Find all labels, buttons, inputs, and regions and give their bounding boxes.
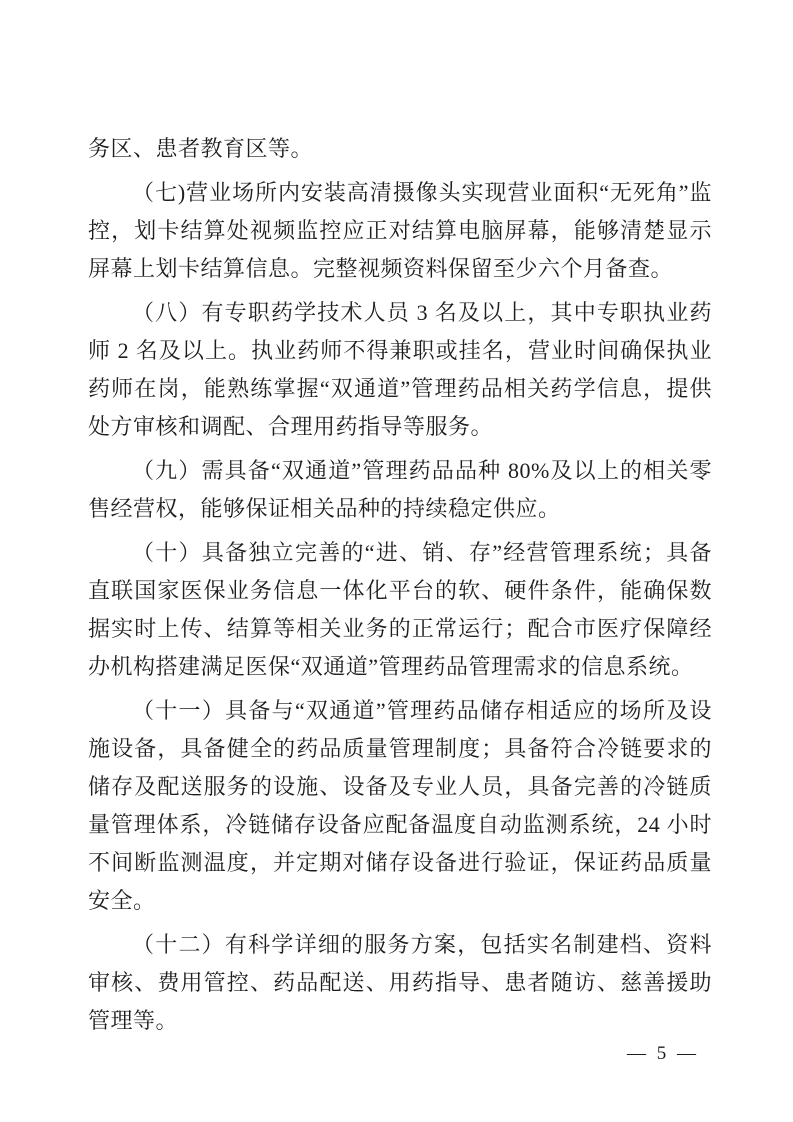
document-page: 务区、患者教育区等。（七)营业场所内安装高清摄像头实现营业面积“无死角”监控，划… (0, 0, 793, 1122)
paragraph: （七)营业场所内安装高清摄像头实现营业面积“无死角”监控，划卡结算处视频监控应正… (88, 174, 712, 288)
document-body: 务区、患者教育区等。（七)营业场所内安装高清摄像头实现营业面积“无死角”监控，划… (88, 130, 712, 1046)
paragraph: 务区、患者教育区等。 (88, 130, 712, 168)
page-number: — 5 — (627, 1042, 699, 1066)
paragraph: （十）具备独立完善的“进、销、存”经营管理系统；具备直联国家医保业务信息一体化平… (88, 534, 712, 686)
paragraph: （九）需具备“双通道”管理药品品种 80%及以上的相关零售经营权，能够保证相关品… (88, 452, 712, 528)
paragraph: （八）有专职药学技术人员 3 名及以上，其中专职执业药师 2 名及以上。执业药师… (88, 294, 712, 446)
paragraph: （十一）具备与“双通道”管理药品储存相适应的场所及设施设备，具备健全的药品质量管… (88, 692, 712, 920)
paragraph: （十二）有科学详细的服务方案，包括实名制建档、资料审核、费用管控、药品配送、用药… (88, 926, 712, 1040)
